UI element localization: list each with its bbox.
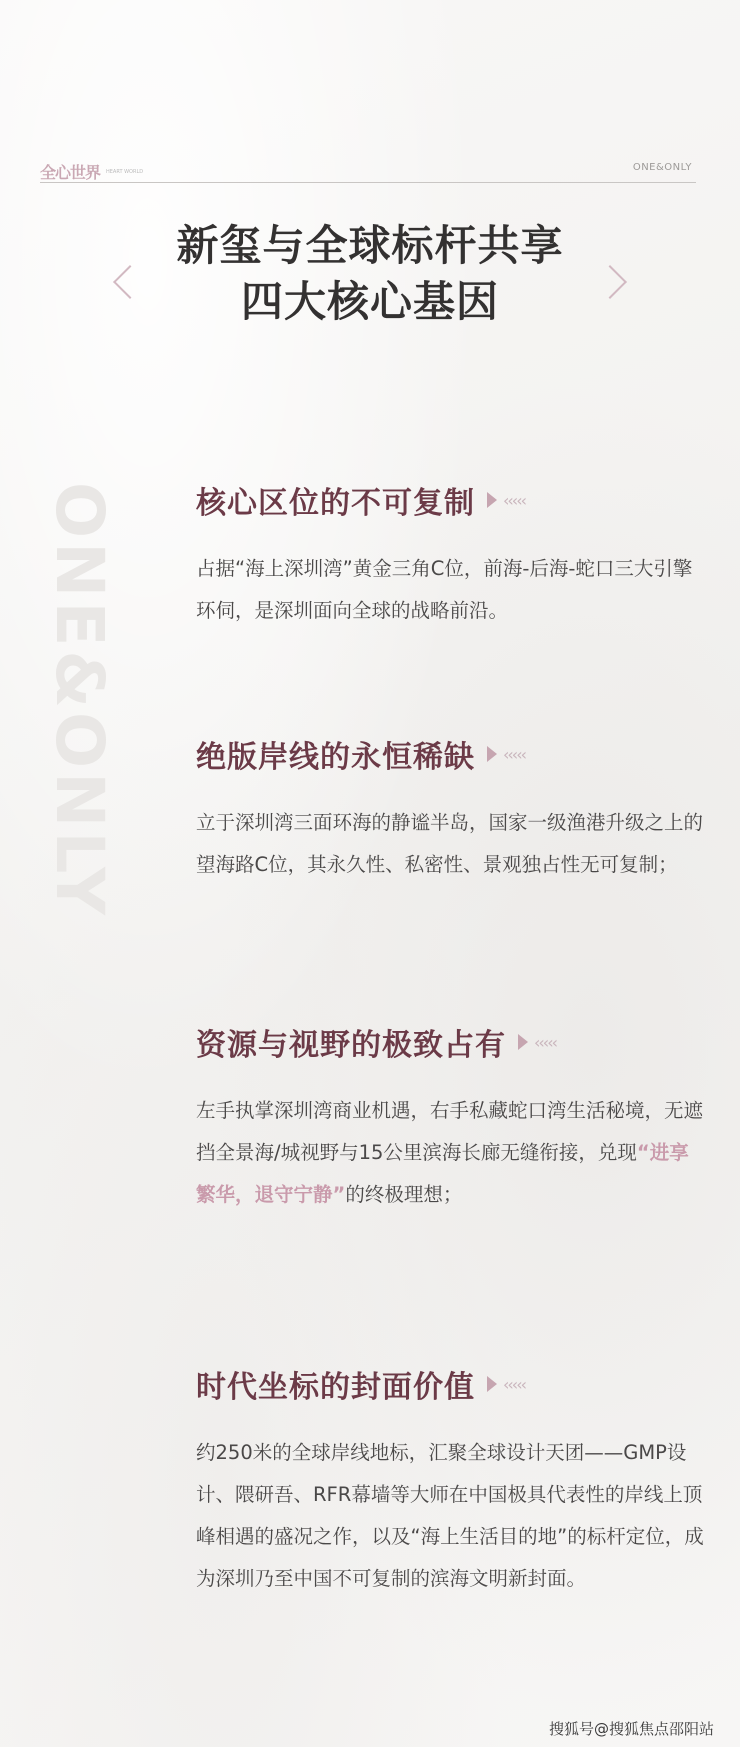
section-body: 左手执掌深圳湾商业机遇，右手私藏蛇口湾生活秘境，无遮挡全景海/城视野与15公里滨… [196,1090,706,1216]
play-arrow-icon [518,1034,528,1050]
body-text: 左手执掌深圳湾商业机遇，右手私藏蛇口湾生活秘境，无遮挡全景海/城视野与15公里滨… [196,1099,703,1164]
play-arrow-icon [487,746,497,762]
section-4: 时代坐标的封面价值 ‹‹‹‹‹ 约250米的全球岸线地标，汇聚全球设计天团——G… [196,1362,706,1600]
chevrons-icon: ‹‹‹‹‹ [503,1375,525,1394]
play-arrow-icon [487,1376,497,1392]
play-arrow-icon [487,492,497,508]
section-title: 核心区位的不可复制 [196,478,475,522]
title-line-2: 四大核心基因 [0,274,740,330]
brand-logo-right: ONE&ONLY [633,162,692,173]
section-title: 资源与视野的极致占有 [196,1020,506,1064]
section-1: 核心区位的不可复制 ‹‹‹‹‹ 占据“海上深圳湾”黄金三角C位，前海-后海-蛇口… [196,478,706,632]
section-title: 时代坐标的封面价值 [196,1362,475,1406]
chevrons-icon: ‹‹‹‹‹ [503,745,525,764]
brand-name-en: HEART WORLD [106,169,143,175]
section-body: 占据“海上深圳湾”黄金三角C位，前海-后海-蛇口三大引擎环伺，是深圳面向全球的战… [196,548,706,632]
section-title: 绝版岸线的永恒稀缺 [196,732,475,776]
body-text: 的终极理想； [345,1183,462,1206]
brand-name-cn: 全心世界 [40,160,100,183]
brand-logo-left: 全心世界 HEART WORLD [40,160,143,183]
chevrons-icon: ‹‹‹‹‹ [503,491,525,510]
top-bar: 全心世界 HEART WORLD ONE&ONLY [40,160,696,183]
vertical-watermark: ONE&ONLY [41,482,118,919]
section-2: 绝版岸线的永恒稀缺 ‹‹‹‹‹ 立于深圳湾三面环海的静谧半岛，国家一级渔港升级之… [196,732,706,886]
page-title: 新玺与全球标杆共享 四大核心基因 [0,218,740,330]
section-3: 资源与视野的极致占有 ‹‹‹‹‹ 左手执掌深圳湾商业机遇，右手私藏蛇口湾生活秘境… [196,1020,706,1216]
chevrons-icon: ‹‹‹‹‹ [534,1033,556,1052]
source-credit: 搜狐号@搜狐焦点邵阳站 [549,1718,714,1739]
section-body: 约250米的全球岸线地标，汇聚全球设计天团——GMP设计、隈研吾、RFR幕墙等大… [196,1432,706,1600]
title-line-1: 新玺与全球标杆共享 [0,218,740,274]
section-body: 立于深圳湾三面环海的静谧半岛，国家一级渔港升级之上的望海路C位，其永久性、私密性… [196,802,706,886]
